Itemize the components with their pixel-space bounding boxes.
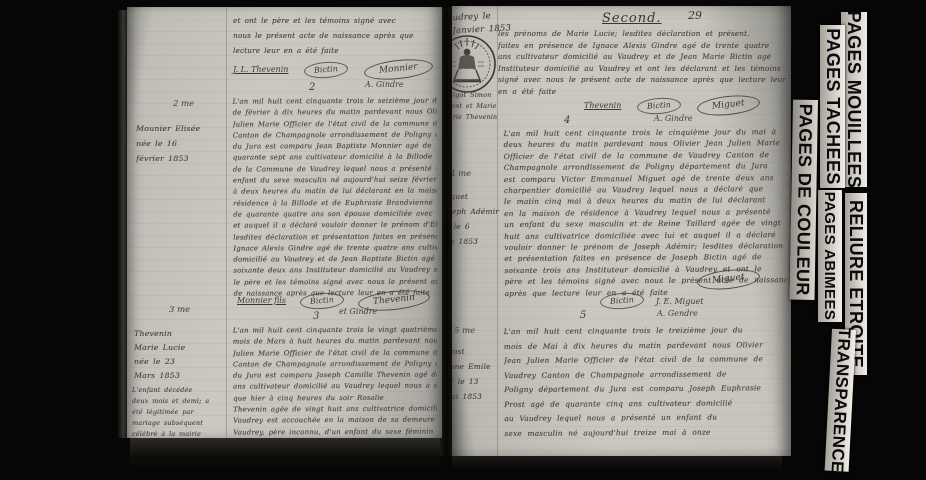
margin-note-act3-addendum: L'enfant décédéedeux mois et demi; aété …: [132, 385, 209, 438]
signature: Bictin: [599, 291, 644, 310]
margin-note-line: né le 13: [452, 374, 491, 389]
page-stack-edge-left: [130, 438, 440, 465]
margin-note-line: Thevenin: [134, 327, 185, 341]
margin-note-line: Miguet: [452, 189, 499, 204]
signature-row: Monnier fils Bictin Thevenin: [237, 291, 430, 310]
handwritten-line: Julien Marie Officier de l'état civil de…: [233, 118, 437, 130]
record-word: Second.: [602, 11, 662, 26]
margin-note-line: été légitimée par: [132, 407, 209, 418]
act2-body: L'an mil huit cent cinquante trois le se…: [232, 95, 437, 299]
margin-witness-note: de Bigot SimonVincent et MarieLucarie Th…: [452, 90, 497, 123]
margin-note-line: Lucarie Thevenin: [452, 112, 497, 123]
act-number: 2: [309, 82, 315, 93]
handwritten-line: Vaudrey, père inconnu, d'un enfant du se…: [233, 426, 437, 438]
handwritten-line: quarante sept ans cultivateur domicilié …: [233, 152, 437, 164]
act-number: 3: [313, 311, 319, 322]
handwritten-line: Jean Julien Marie Officier de l'état civ…: [504, 352, 788, 368]
margin-note-line: célébré à la mairie: [132, 429, 209, 438]
margin-note-line: née le 23: [134, 355, 185, 369]
margin-act-label: 3 me: [169, 305, 190, 315]
handwritten-line: Vaudrey est accouchée en la maison de sa…: [233, 415, 437, 427]
signature-row: J. L. Thevenin Bictin Monnier: [233, 60, 433, 79]
signature: Bictin: [299, 291, 344, 310]
handwritten-line: de février à dix heures du matin pardeva…: [233, 107, 437, 119]
margin-note-line: mai 1853: [452, 234, 499, 249]
handwritten-line: nous le présent acte de naissance après …: [233, 28, 437, 43]
margin-note-line: L'enfant décédée: [132, 385, 209, 396]
margin-note-line: mai 1853: [452, 389, 491, 404]
signature: Monnier: [363, 56, 433, 82]
handwritten-line: lecture leur en a été faite: [233, 43, 437, 58]
handwritten-line: ans cultivateur domicilié au Vaudrey leq…: [233, 381, 437, 393]
margin-note-line: née le 16: [136, 136, 200, 151]
margin-note-act3: TheveninMarie Lucienée le 23Mars 1853: [134, 327, 185, 383]
handwritten-line: soixante deux ans Instituteur domicilié …: [233, 265, 437, 277]
handwritten-line: qu'il nous a présenté et auquel il a déc…: [233, 437, 437, 438]
clerk-signature: A. Gindre: [654, 114, 693, 123]
act-number: 5: [580, 310, 586, 321]
margin-act-label: 5 me: [454, 326, 475, 336]
margin-note-line: Joseph Adémir: [452, 204, 499, 219]
margin-note-line: Anne Emile: [452, 359, 491, 374]
signature: Thevenin: [584, 101, 621, 110]
margin-note-line: Mounier Elisée: [136, 121, 200, 136]
signature: Bictin: [637, 96, 682, 115]
previous-act-tail: les prénoms de Marie Lucie; lesdites déc…: [498, 28, 786, 97]
signature: Bictin: [304, 60, 349, 79]
signature: J. E. Miguet: [656, 297, 704, 306]
margin-note-line: deux mois et demi; a: [132, 396, 209, 407]
margin-note-line: de Bigot Simon: [452, 90, 497, 101]
scan-viewport: et ont le père et les témoins signé avec…: [0, 0, 926, 480]
handwritten-line: et ont le père et les témoins signé avec: [233, 13, 437, 28]
margin-note-line: février 1853: [136, 151, 200, 166]
margin-note-act4: MiguetJoseph Adémirné le 6mai 1853: [452, 189, 499, 249]
handwritten-line: les prénoms de Marie Lucie; lesdites déc…: [498, 28, 786, 40]
label-pages-de-couleur: PAGES DE COULEUR: [790, 100, 818, 300]
signature-row: Thevenin Bictin Miguet: [584, 96, 760, 115]
signature-row: Bictin J. E. Miguet: [600, 293, 703, 309]
margin-note-line: Marie Lucie: [134, 341, 185, 355]
register-page-left: et ont le père et les témoins signé avec…: [127, 7, 442, 438]
handwritten-line: sexe masculin né aujourd'hui treize mai …: [504, 425, 788, 441]
previous-act-tail: et ont le père et les témoins signé avec…: [233, 13, 437, 58]
handwritten-line: faites en présence de Ignace Alexis Gind…: [498, 40, 786, 52]
clerk-signature: A. Gendre: [657, 309, 698, 318]
handwritten-line: Poligny département du Jura est comparu …: [504, 381, 788, 397]
margin-act-label: 4 me: [452, 169, 471, 179]
label-pages-abimees: PAGES ABIMEES: [818, 190, 842, 322]
act3-body: L'an mil huit cent cinquante trois le vi…: [233, 324, 438, 438]
margin-note-line: né le 6: [452, 219, 499, 234]
handwritten-line: mois de Mars à huit heures du matin pard…: [233, 336, 437, 348]
clerk-signature: A. Gindre: [365, 80, 404, 89]
act-number: 4: [564, 115, 570, 126]
handwritten-line: et auquel il a déclaré vouloir donner le…: [233, 220, 437, 232]
margin-note-line: mariage subséquent: [132, 418, 209, 429]
handwritten-line: ans cultivateur domicilié au Vaudrey et …: [498, 51, 786, 63]
margin-note-line: Prost: [452, 344, 491, 359]
margin-note-act5: ProstAnne Emilené le 13mai 1853: [452, 344, 491, 404]
register-page-right: Vaudrey le2 Janvier 1853 Second. 29 les …: [452, 6, 791, 456]
margin-note-line: Mars 1853: [134, 369, 185, 383]
fiscal-stamp-icon: [452, 32, 498, 96]
label-pages-tachees: PAGES TACHEES: [820, 25, 845, 188]
handwritten-line: signé avec nous le présent acte de naiss…: [498, 74, 786, 86]
signature: J. L. Thevenin: [233, 65, 288, 74]
page-stack-edge-right: [452, 456, 782, 469]
margin-rule: [226, 7, 227, 438]
signature: Miguet: [696, 93, 760, 118]
handwritten-line: à deux heures du matin de lui déclarant …: [233, 186, 437, 198]
label-transparence: TRANSPARENCE: [825, 329, 856, 472]
handwritten-line: Instituteur domicilié au Vaudrey et ont …: [498, 63, 786, 75]
margin-note-act2: Mounier Eliséenée le 16février 1853: [136, 121, 200, 166]
act5-body: L'an mil huit cent cinquante trois le tr…: [504, 323, 789, 441]
handwritten-line: Julien Marie Officier de l'état civil de…: [233, 347, 437, 359]
clerk-signature: et Gindre: [339, 307, 377, 316]
margin-act-label: 2 me: [173, 99, 194, 109]
signature: Monnier fils: [237, 296, 286, 305]
margin-note-line: Vincent et Marie: [452, 101, 497, 112]
record-number: 29: [688, 9, 702, 22]
handwritten-line: lesdites déclaration et présentation fai…: [233, 231, 437, 243]
